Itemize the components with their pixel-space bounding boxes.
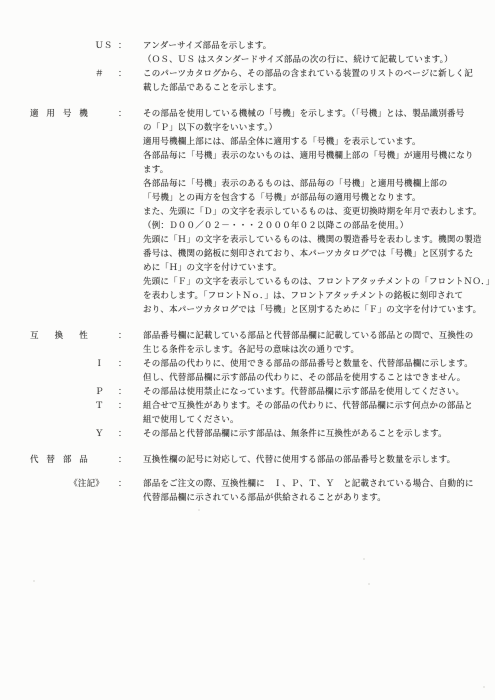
entry-text: その部品の代わりに、使用できる部品の部品番号と数量を、代替部品欄に示します。 但… bbox=[143, 356, 495, 384]
colon-separator: ： bbox=[118, 328, 143, 342]
section-label: 適 用 号 機 bbox=[30, 106, 95, 120]
text-line: 「号機」との両方を包含する「号機」が部品毎の適用号機となります。 bbox=[143, 190, 469, 204]
text-line: 代替部品欄に示されている部品が供給されることがあります。 bbox=[143, 490, 469, 504]
text-line: を表わします。「フロントＮｏ．」は、フロントアタッチメントの銘板に刻印されて bbox=[143, 288, 469, 302]
scan-speck bbox=[368, 583, 370, 585]
entry-text: その部品は使用禁止になっています。代替部品欄に示す部品を使用してください。 bbox=[143, 384, 495, 398]
colon-separator: ： bbox=[118, 476, 143, 490]
colon-separator: ： bbox=[118, 66, 143, 80]
section-applicable-serial: 適 用 号 機 ： その部品を使用している機械の「号機」を示します。（「号機」と… bbox=[0, 106, 495, 316]
entry-text: その部品と代替部品欄に示す部品は、無条件に互換性があることを示します。 bbox=[143, 426, 495, 440]
entry-text: 組合せで互換性があります。その部品の代わりに、代替部品欄に示す何点かの部品と 組… bbox=[143, 398, 495, 426]
text-line: このパーツカタログから、その部品の含まれている装置のリストのページに新しく記 bbox=[143, 66, 469, 80]
entry-text: 互換性欄の記号に対応して、代替に使用する部品の部品番号と数量を示します。 bbox=[143, 452, 495, 466]
note-entry: 《注記》 ： 部品をご注文の際、互換性欄に Ｉ、Ｐ、Ｔ、Ｙ と記載されている場合… bbox=[0, 476, 495, 504]
code-label-i: Ｉ bbox=[95, 356, 118, 370]
text-line: 部品番号欄に記載している部品と代替部品欄に記載している部品との間で、互換性の bbox=[143, 328, 469, 342]
text-line: めに「Ｈ」の文字を付けています。 bbox=[143, 260, 469, 274]
text-line: また、先頭に「Ｄ」の文字を表示しているものは、変更切換時期を年月で表わします。 bbox=[143, 204, 469, 218]
text-line: 各部品毎に「号機」表示のあるものは、部品毎の「号機」と適用号機欄上部の bbox=[143, 176, 469, 190]
code-label-t: Ｔ bbox=[95, 398, 118, 412]
text-line: 組で使用してください。 bbox=[143, 412, 469, 426]
entry-text: 部品番号欄に記載している部品と代替部品欄に記載している部品との間で、互換性の 生… bbox=[143, 328, 495, 356]
text-line: ます。 bbox=[143, 162, 469, 176]
section-interchangeability: 互 換 性 ： 部品番号欄に記載している部品と代替部品欄に記載している部品との間… bbox=[0, 328, 495, 356]
text-line: 組合せで互換性があります。その部品の代わりに、代替部品欄に示す何点かの部品と bbox=[143, 398, 469, 412]
text-line: 部品をご注文の際、互換性欄に Ｉ、Ｐ、Ｔ、Ｙ と記載されている場合、自動的に bbox=[143, 476, 469, 490]
entry-text: 部品をご注文の際、互換性欄に Ｉ、Ｐ、Ｔ、Ｙ と記載されている場合、自動的に 代… bbox=[143, 476, 495, 504]
text-line: 但し、代替部品欄に示す部品の代わりに、その部品を使用することはできません。 bbox=[143, 370, 469, 384]
text-line: （例：Ｄ００／０２－・・・２０００年０２以降この部品を使用。） bbox=[143, 218, 469, 232]
code-entry-i: Ｉ ： その部品の代わりに、使用できる部品の部品番号と数量を、代替部品欄に示しま… bbox=[0, 356, 495, 384]
code-entry-y: Ｙ ： その部品と代替部品欄に示す部品は、無条件に互換性があることを示します。 bbox=[0, 426, 495, 440]
text-line: 各部品毎に「号機」表示のないものは、適用号機欄上部の「号機」が適用号機になり bbox=[143, 148, 469, 162]
legend-entry-us: ＵＳ ： アンダーサイズ部品を示します。 （ＯＳ、ＵＳ はスタンダードサイズ部品… bbox=[0, 38, 495, 66]
code-entry-p: Ｐ ： その部品は使用禁止になっています。代替部品欄に示す部品を使用してください… bbox=[0, 384, 495, 398]
colon-separator: ： bbox=[118, 356, 143, 370]
scan-speck bbox=[483, 686, 485, 688]
text-line: おり、本パーツカタログでは「号機」と区別するために「Ｆ」の文字を付けています。 bbox=[143, 302, 469, 316]
code-label-p: Ｐ bbox=[95, 384, 118, 398]
text-line: 互換性欄の記号に対応して、代替に使用する部品の部品番号と数量を示します。 bbox=[143, 452, 469, 466]
section-label: 代 替 部 品 bbox=[30, 452, 95, 466]
colon-separator: ： bbox=[118, 384, 143, 398]
symbol-label-us: ＵＳ bbox=[95, 38, 118, 52]
text-line: その部品を使用している機械の「号機」を示します。（「号機」とは、製品識別番号 bbox=[143, 106, 469, 120]
symbol-label-hash: ＃ bbox=[95, 66, 118, 80]
colon-separator: ： bbox=[118, 426, 143, 440]
scan-speck bbox=[363, 558, 365, 560]
text-line: 生じる条件を示します。各記号の意味は次の通りです。 bbox=[143, 342, 469, 356]
text-line: 番号は、機関の銘板に刻印されており、本パーツカタログでは「号機」と区別するた bbox=[143, 246, 469, 260]
text-line: （ＯＳ、ＵＳ はスタンダードサイズ部品の次の行に、続けて記載しています。） bbox=[143, 52, 469, 66]
text-line: 先頭に「Ｈ」の文字を表示しているものは、機関の製造番号を表わします。機関の製造 bbox=[143, 232, 469, 246]
text-line: の「Ｐ」以下の数字をいいます。） bbox=[143, 120, 469, 134]
text-line: 適用号機欄上部には、部品全体に適用する「号機」を表示しています。 bbox=[143, 134, 469, 148]
text-line: 載した部品であることを示します。 bbox=[143, 80, 469, 94]
entry-text: アンダーサイズ部品を示します。 （ＯＳ、ＵＳ はスタンダードサイズ部品の次の行に… bbox=[143, 38, 495, 66]
scan-speck bbox=[198, 509, 200, 511]
note-label: 《注記》 bbox=[30, 476, 118, 490]
colon-separator: ： bbox=[118, 398, 143, 412]
section-alternative-parts: 代 替 部 品 ： 互換性欄の記号に対応して、代替に使用する部品の部品番号と数量… bbox=[0, 452, 495, 466]
scanned-parts-catalog-legend-page: ＵＳ ： アンダーサイズ部品を示します。 （ＯＳ、ＵＳ はスタンダードサイズ部品… bbox=[0, 0, 495, 700]
entry-text: その部品を使用している機械の「号機」を示します。（「号機」とは、製品識別番号 の… bbox=[143, 106, 495, 316]
code-entry-t: Ｔ ： 組合せで互換性があります。その部品の代わりに、代替部品欄に示す何点かの部… bbox=[0, 398, 495, 426]
scan-speck bbox=[33, 580, 35, 582]
legend-entry-hash: ＃ ： このパーツカタログから、その部品の含まれている装置のリストのページに新し… bbox=[0, 66, 495, 94]
section-label: 互 換 性 bbox=[30, 328, 95, 342]
text-line: その部品は使用禁止になっています。代替部品欄に示す部品を使用してください。 bbox=[143, 384, 469, 398]
text-line: アンダーサイズ部品を示します。 bbox=[143, 38, 469, 52]
code-label-y: Ｙ bbox=[95, 426, 118, 440]
colon-separator: ： bbox=[118, 452, 143, 466]
entry-text: このパーツカタログから、その部品の含まれている装置のリストのページに新しく記 載… bbox=[143, 66, 495, 94]
text-line: 先頭に「Ｆ」の文字を表示しているものは、フロントアタッチメントの「フロントＮＯ．… bbox=[143, 274, 469, 288]
colon-separator: ： bbox=[118, 106, 143, 120]
text-line: その部品の代わりに、使用できる部品の部品番号と数量を、代替部品欄に示します。 bbox=[143, 356, 469, 370]
colon-separator: ： bbox=[118, 38, 143, 52]
text-line: その部品と代替部品欄に示す部品は、無条件に互換性があることを示します。 bbox=[143, 426, 469, 440]
